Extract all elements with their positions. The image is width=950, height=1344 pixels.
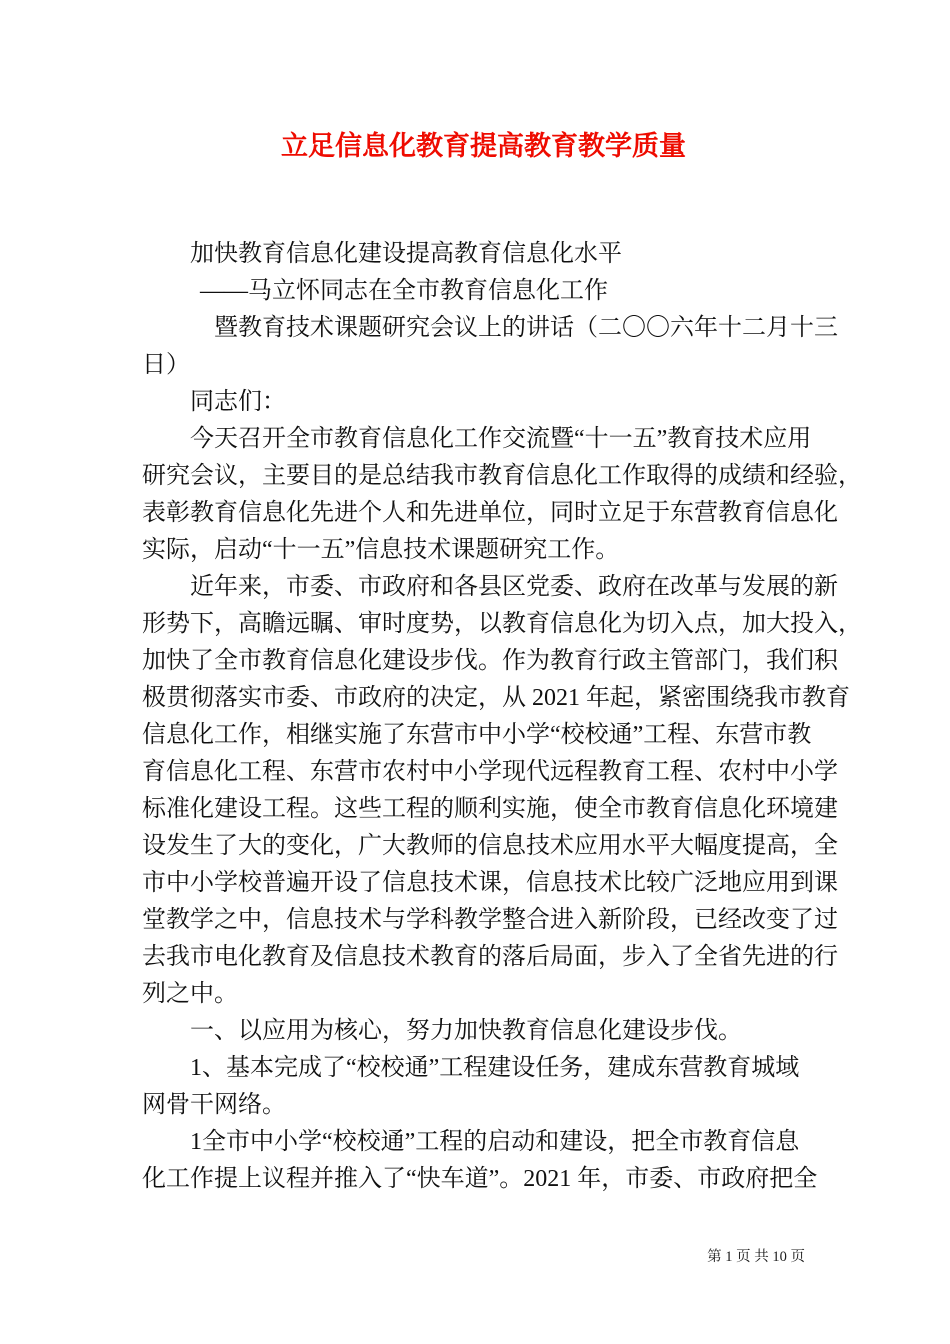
body-line: 近年来，市委、市政府和各县区党委、政府在改革与发展的新 bbox=[142, 569, 862, 606]
body-line: 1、基本完成了“校校通”工程建设任务，建成东营教育城域 bbox=[142, 1050, 862, 1087]
document-body: 加快教育信息化建设提高教育信息化水平——马立怀同志在全市教育信息化工作暨教育技术… bbox=[142, 236, 862, 1198]
body-line: 网骨干网络。 bbox=[142, 1087, 862, 1124]
body-line: 加快教育信息化建设提高教育信息化水平 bbox=[142, 236, 862, 273]
body-line: 形势下，高瞻远瞩、审时度势，以教育信息化为切入点，加大投入， bbox=[142, 606, 862, 643]
body-line: 暨教育技术课题研究会议上的讲话（二〇〇六年十二月十三 bbox=[142, 310, 862, 347]
body-line: 标准化建设工程。这些工程的顺利实施，使全市教育信息化环境建 bbox=[142, 791, 862, 828]
body-line: 市中小学校普遍开设了信息技术课，信息技术比较广泛地应用到课 bbox=[142, 865, 862, 902]
body-line: 列之中。 bbox=[142, 976, 862, 1013]
body-line: 同志们： bbox=[142, 384, 862, 421]
body-line: 表彰教育信息化先进个人和先进单位，同时立足于东营教育信息化 bbox=[142, 495, 862, 532]
body-line: 实际，启动“十一五”信息技术课题研究工作。 bbox=[142, 532, 862, 569]
body-line: 日） bbox=[142, 347, 862, 384]
page-title: 立足信息化教育提高教育教学质量 bbox=[142, 126, 825, 166]
body-line: 研究会议，主要目的是总结我市教育信息化工作取得的成绩和经验， bbox=[142, 458, 862, 495]
document-page: 立足信息化教育提高教育教学质量 加快教育信息化建设提高教育信息化水平——马立怀同… bbox=[0, 0, 950, 1344]
body-line: 极贯彻落实市委、市政府的决定，从 2021 年起，紧密围绕我市教育 bbox=[142, 680, 862, 717]
body-line: 去我市电化教育及信息技术教育的落后局面，步入了全省先进的行 bbox=[142, 939, 862, 976]
body-line: ——马立怀同志在全市教育信息化工作 bbox=[142, 273, 862, 310]
page-number-footer: 第 1 页 共 10 页 bbox=[707, 1247, 805, 1267]
body-line: 1全市中小学“校校通”工程的启动和建设，把全市教育信息 bbox=[142, 1124, 862, 1161]
body-line: 化工作提上议程并推入了“快车道”。2021 年，市委、市政府把全 bbox=[142, 1161, 862, 1198]
body-line: 一、以应用为核心，努力加快教育信息化建设步伐。 bbox=[142, 1013, 862, 1050]
body-line: 育信息化工程、东营市农村中小学现代远程教育工程、农村中小学 bbox=[142, 754, 862, 791]
body-line: 加快了全市教育信息化建设步伐。作为教育行政主管部门，我们积 bbox=[142, 643, 862, 680]
body-line: 今天召开全市教育信息化工作交流暨“十一五”教育技术应用 bbox=[142, 421, 862, 458]
body-line: 设发生了大的变化，广大教师的信息技术应用水平大幅度提高，全 bbox=[142, 828, 862, 865]
body-line: 堂教学之中，信息技术与学科教学整合进入新阶段，已经改变了过 bbox=[142, 902, 862, 939]
body-line: 信息化工作，相继实施了东营市中小学“校校通”工程、东营市教 bbox=[142, 717, 862, 754]
